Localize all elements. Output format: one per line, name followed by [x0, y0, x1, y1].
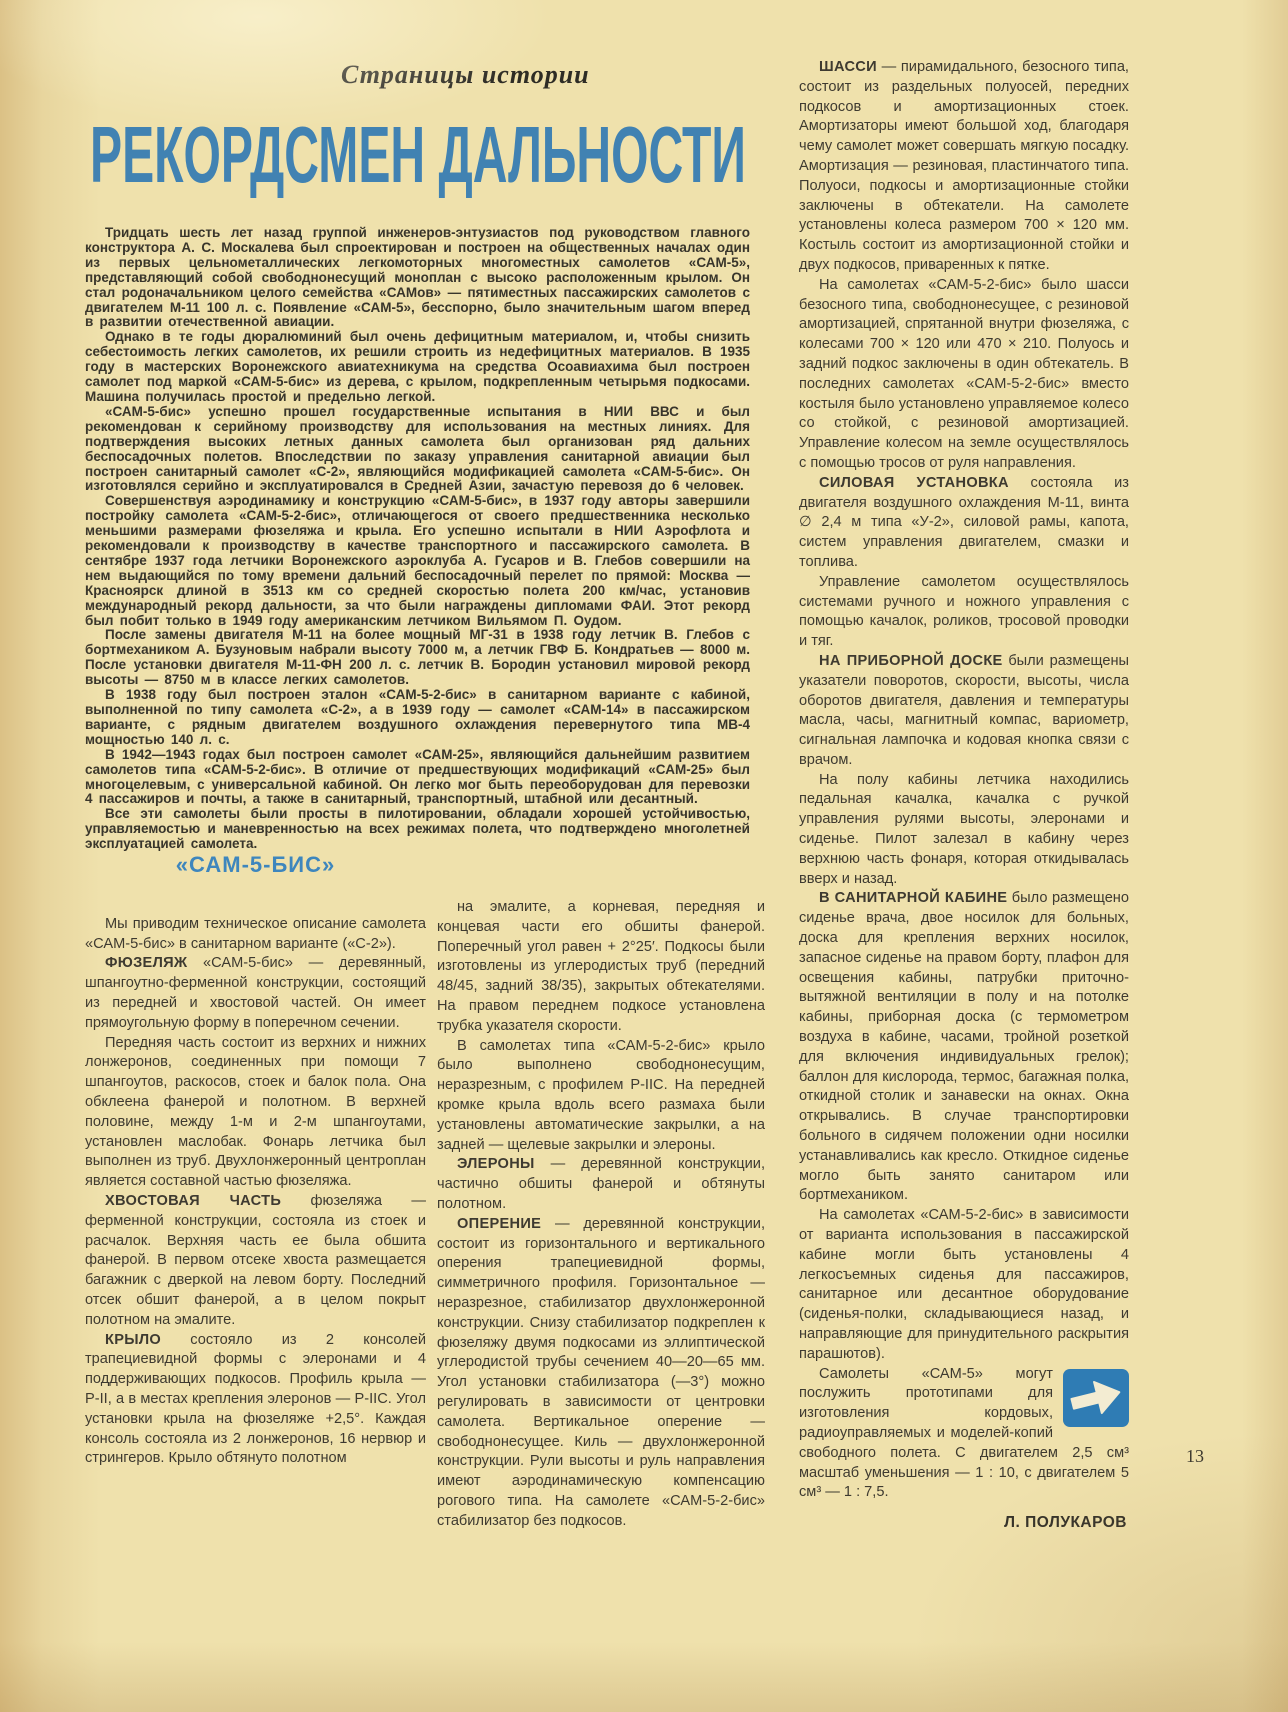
paragraph: НА ПРИБОРНОЙ ДОСКЕ были размещены указат…	[799, 652, 1129, 771]
paragraph: ШАССИ — пирамидального, безосного типа, …	[799, 58, 1129, 276]
paragraph: На полу кабины летчика находились педаль…	[799, 771, 1129, 890]
turn-page-arrow-icon	[1063, 1369, 1129, 1427]
paragraph-lead: ОПЕРЕНИЕ	[457, 1216, 541, 1232]
paragraph-text: было размещено сиденье врача, двое носил…	[799, 890, 1129, 1203]
intro-paragraph: В 1938 году был построен эталон «САМ-5-2…	[85, 688, 750, 748]
intro-paragraph: Однако в те годы дюралюминий был очень д…	[85, 330, 750, 405]
paragraph: В самолетах типа «САМ-5-2-бис» крыло был…	[437, 1037, 765, 1156]
intro-paragraph: Все эти самолеты были просты в пилотиров…	[85, 807, 750, 852]
intro-paragraph: Тридцать шесть лет назад группой инженер…	[85, 226, 750, 330]
middle-column: на эмалите, а корневая, передняя и конце…	[437, 898, 765, 1532]
right-column: ШАССИ — пирамидального, безосного типа, …	[799, 58, 1129, 1533]
paragraph-lead: ХВОСТОВАЯ ЧАСТЬ	[105, 1193, 281, 1209]
paragraph-lead: ЭЛЕРОНЫ	[457, 1156, 535, 1172]
paragraph-text: На самолетах «САМ-5-2-бис» в зависимости…	[799, 1207, 1129, 1362]
paragraph-text: На самолетах «САМ-5-2-бис» было шасси бе…	[799, 277, 1129, 471]
paragraph-text: Передняя часть состоит из верхних и нижн…	[85, 1035, 426, 1190]
paragraph-lead: ФЮЗЕЛЯЖ	[105, 955, 187, 971]
paragraph-text: Управление самолетом осуществлялось сист…	[799, 574, 1129, 649]
section-heading: «САМ-5-БИС»	[85, 855, 426, 875]
paragraph-lead: НА ПРИБОРНОЙ ДОСКЕ	[819, 653, 1003, 669]
author-signature: Л. ПОЛУКАРОВ	[799, 1513, 1129, 1533]
paragraph-text: На полу кабины летчика находились педаль…	[799, 772, 1129, 887]
paragraph-text: на эмалите, а корневая, передняя и конце…	[437, 899, 765, 1034]
paragraph: Мы приводим техническое описание самолет…	[85, 915, 426, 955]
paragraph-text: были размещены указатели поворотов, скор…	[799, 653, 1129, 768]
paragraph: Передняя часть состоит из верхних и нижн…	[85, 1034, 426, 1192]
paragraph: КРЫЛО состояло из 2 консолей трапециевид…	[85, 1331, 426, 1470]
intro-paragraph: После замены двигателя М-11 на более мощ…	[85, 628, 750, 688]
paragraph: ЭЛЕРОНЫ — деревянной конструкции, частич…	[437, 1155, 765, 1214]
intro-block: Тридцать шесть лет назад группой инженер…	[85, 226, 750, 852]
paragraph: СИЛОВАЯ УСТАНОВКА состояла из двигателя …	[799, 474, 1129, 573]
paragraph-text: — деревянной конструкции, состоит из гор…	[437, 1216, 765, 1529]
paragraph: Управление самолетом осуществлялось сист…	[799, 573, 1129, 652]
paragraph: ХВОСТОВАЯ ЧАСТЬ фюзеляжа — ферменной кон…	[85, 1192, 426, 1331]
paragraph: На самолетах «САМ-5-2-бис» в зависимости…	[799, 1206, 1129, 1364]
middle-column-text: на эмалите, а корневая, передняя и конце…	[437, 898, 765, 1532]
paragraph-lead: В САНИТАРНОЙ КАБИНЕ	[819, 890, 1007, 906]
paragraph: В САНИТАРНОЙ КАБИНЕ было размещено сиден…	[799, 889, 1129, 1206]
left-column-text: Мы приводим техническое описание самолет…	[85, 915, 426, 1469]
page-title-block: РЕКОРДСМЕН ДАЛЬНОСТИ	[88, 98, 760, 209]
kicker: Страницы истории	[341, 60, 590, 90]
page-title-art: РЕКОРДСМЕН ДАЛЬНОСТИ	[88, 98, 760, 204]
left-column: «САМ-5-БИС» Мы приводим техническое опис…	[85, 855, 426, 1469]
paragraph-lead: КРЫЛО	[105, 1332, 161, 1348]
intro-paragraph: В 1942—1943 годах был построен самолет «…	[85, 748, 750, 808]
final-paragraph: Самолеты «САМ-5» могут послужить прототи…	[799, 1365, 1129, 1504]
page-number: 13	[1186, 1446, 1204, 1467]
paragraph-lead: ШАССИ	[819, 59, 877, 75]
intro-paragraph: Совершенствуя аэродинамику и конструкцию…	[85, 494, 750, 628]
paragraph-text: фюзеляжа — ферменной конструкции, состоя…	[85, 1193, 426, 1328]
paragraph-text: В самолетах типа «САМ-5-2-бис» крыло был…	[437, 1038, 765, 1153]
paragraph-text: — пирамидального, безосного типа, состои…	[799, 59, 1129, 273]
paragraph-text: Мы приводим техническое описание самолет…	[85, 916, 426, 952]
paragraph-text: состояло из 2 консолей трапециевидной фо…	[85, 1332, 426, 1467]
paragraph: ОПЕРЕНИЕ — деревянной конструкции, состо…	[437, 1215, 765, 1532]
right-column-text: ШАССИ — пирамидального, безосного типа, …	[799, 58, 1129, 1365]
intro-paragraph: «САМ-5-бис» успешно прошел государственн…	[85, 405, 750, 494]
paragraph-lead: СИЛОВАЯ УСТАНОВКА	[819, 475, 1009, 491]
paragraph: На самолетах «САМ-5-2-бис» было шасси бе…	[799, 276, 1129, 474]
paragraph: на эмалите, а корневая, передняя и конце…	[437, 898, 765, 1037]
paragraph: ФЮЗЕЛЯЖ «САМ-5-бис» — деревянный, шпанго…	[85, 954, 426, 1033]
page-title: РЕКОРДСМЕН ДАЛЬНОСТИ	[90, 110, 746, 199]
